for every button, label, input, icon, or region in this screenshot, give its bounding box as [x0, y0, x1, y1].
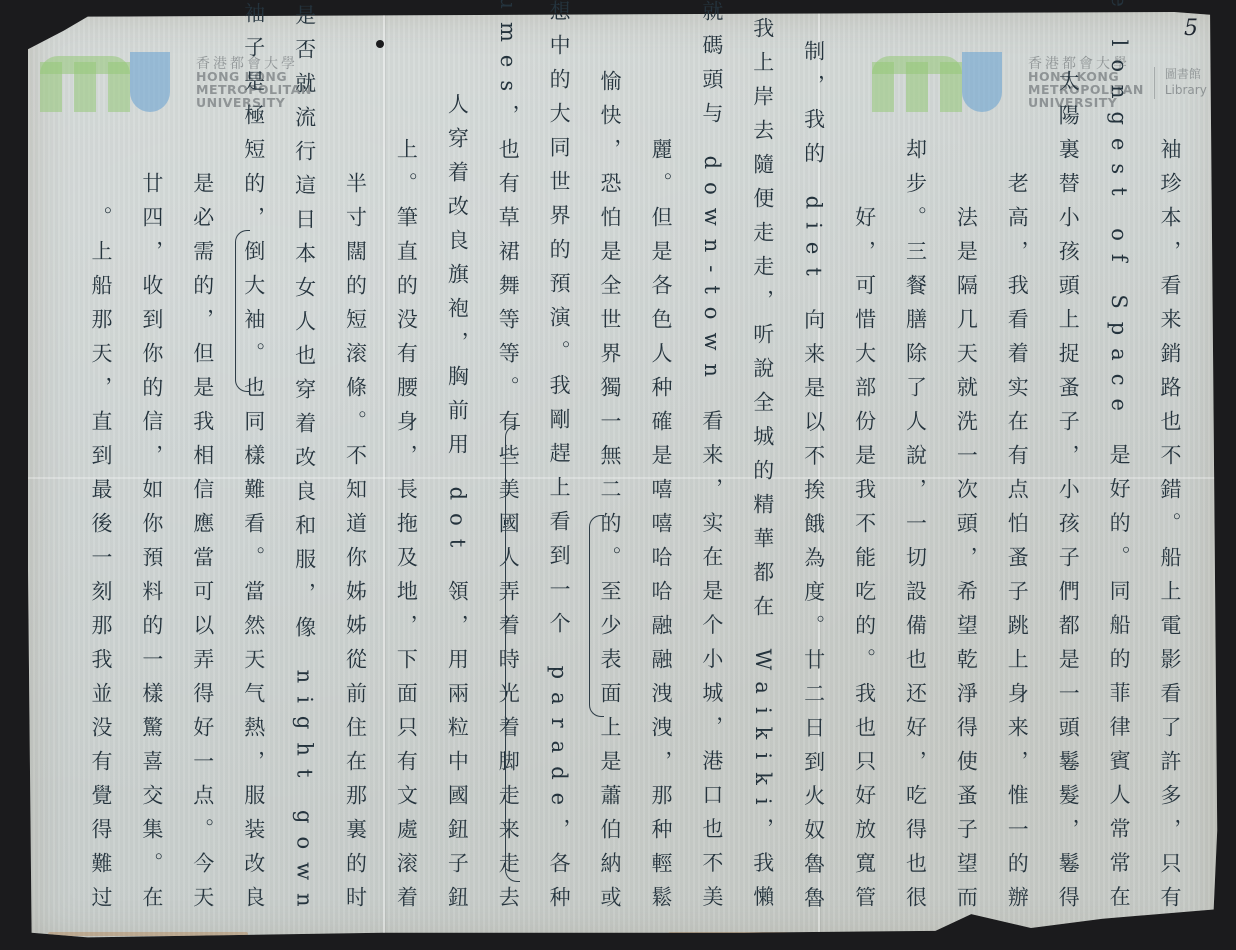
page-number: 5 — [1184, 16, 1198, 41]
text-column: 尔斯理想中的大同世界的預演。我剛趕上看到一个 parade，各种 — [533, 70, 569, 920]
text-column: 人穿着改良旗袍，胸前用 dot 領，用兩粒中國鈕子鈕 — [431, 70, 467, 920]
paper-stain — [48, 932, 248, 936]
insertion-bracket — [235, 230, 250, 392]
text-column: 法是隔几天就洗一次頭，希望乾淨得使蚤子望而 — [940, 70, 976, 920]
paper-stain — [1048, 932, 1128, 936]
text-column: 一齣：The longest of Space 是好的。同船的菲律賓人常常在 — [1093, 70, 1129, 920]
text-column: 却步。三餐膳除了人說，一切設備也还好，吃得也很 — [890, 70, 926, 920]
text-column: 袖珍本，看来銷路也不錯。船上電影看了許多，只有 — [1144, 70, 1180, 920]
text-column: 是必需的，但是我相信應當可以弄得好一点。今天 — [177, 70, 213, 920]
text-column: 候是否就流行這日本女人也穿着改良和服，像 night gown — [279, 70, 315, 920]
text-column: 半寸闊的短滚條。不知道你姊姊從前住在那裏的时 — [330, 70, 366, 920]
text-column: 袖子是極短的，倒大袖。也同樣難看。當然天气熱，服装改良 — [228, 70, 264, 920]
text-column: 麗。但是各色人种確是嘻嘻哈哈融融洩洩，那种輕鬆 — [635, 70, 671, 920]
insertion-bracket — [505, 425, 520, 882]
text-column: 制，我的 diet 向来是以不挨餓為度。廿二日到火奴魯魯 — [788, 70, 824, 920]
text-column: 我上岸去隨便走走，听說全城的精華都在 Waikiki，我懶 — [737, 70, 773, 920]
text-column: 上船那天，直到最後一刻那我並没有覺得難过。 — [75, 70, 111, 920]
punch-hole — [376, 40, 384, 48]
paper-stain — [668, 932, 788, 936]
text-column: 太陽裏替小孩頭上捉蚤子，小孩子們都是一頭鬈髮，鬈得 — [1042, 70, 1078, 920]
text-column: 好，可惜大部份是我不能吃的。我也只好放寬管 — [839, 70, 875, 920]
text-column: 上。筆直的没有腰身，長拖及地，下面只有文處滚着 — [381, 70, 417, 920]
letter-body: 袖珍本，看来銷路也不錯。船上電影看了許多，只有 一齣：The longest o… — [60, 70, 1180, 920]
text-column: 得去。就碼頭与 down-town 看来，实在是个小城，港口也不美 — [686, 70, 722, 920]
text-column: 老高，我看着实在有点怕蚤子跳上身来，惟一的辦 — [991, 70, 1027, 920]
insertion-bracket — [589, 515, 604, 717]
text-column: 愉快，恐怕是全世界獨一無二的。至少表面上是蕭伯納或 — [584, 70, 620, 920]
text-column: 廿四，收到你的信，如你預料的一樣驚喜交集。在 — [126, 70, 162, 920]
